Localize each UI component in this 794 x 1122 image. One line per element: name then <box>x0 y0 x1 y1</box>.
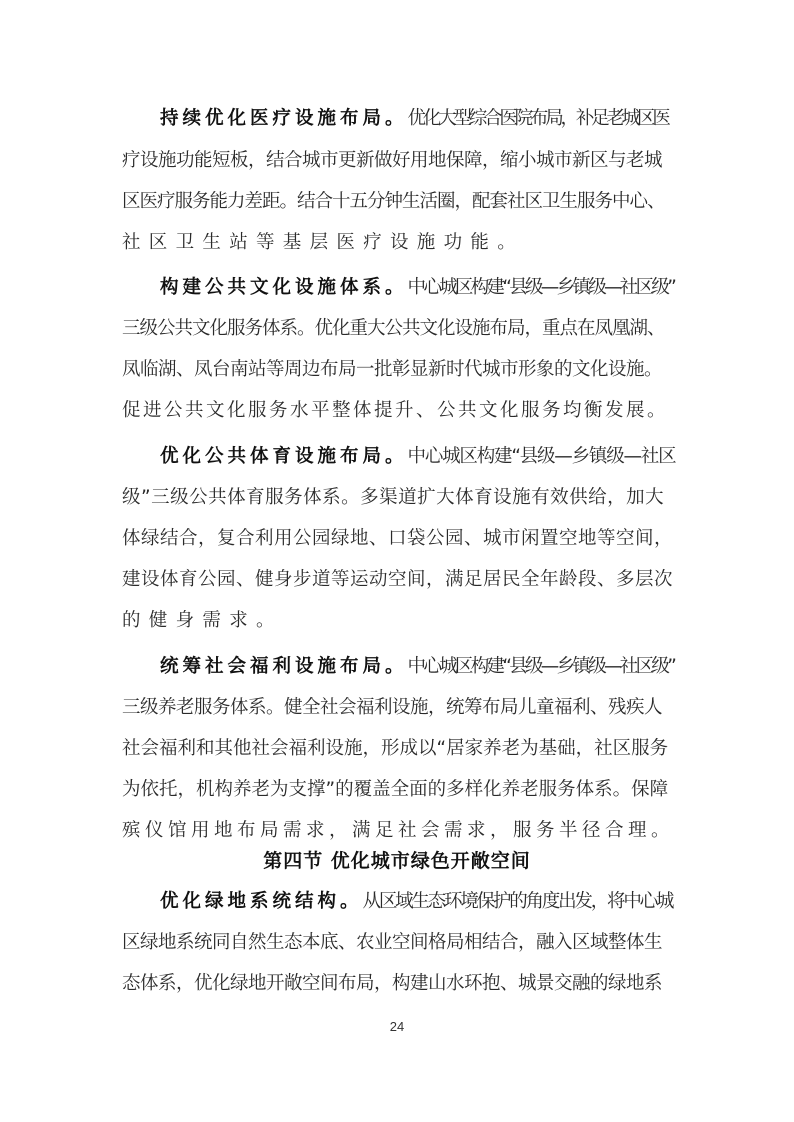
paragraph-title: 持续优化医疗设施布局。 <box>160 108 408 129</box>
paragraph-medical-line-3: 区医疗服务能力差距。结合十五分钟生活圈，配套社区卫生服务中心、 <box>122 187 674 217</box>
paragraph-medical-line-1: 持续优化医疗设施布局。优化大型综合医院布局，补足老城区医 <box>160 104 674 134</box>
section-heading: 第四节 优化城市绿色开敞空间 <box>0 846 794 876</box>
page-number: 24 <box>0 1019 794 1034</box>
paragraph-welfare-line-3: 社会福利和其他社会福利设施，形成以“居家养老为基础，社区服务 <box>122 734 674 764</box>
paragraph-title: 优化公共体育设施布局。 <box>160 446 408 467</box>
paragraph-welfare-line-2: 三级养老服务体系。健全社会福利设施，统筹布局儿童福利、残疾人 <box>122 693 674 723</box>
paragraph-medical-line-4: 社区卫生站等基层医疗设施功能。 <box>122 228 674 258</box>
paragraph-sports-line-1: 优化公共体育设施布局。中心城区构建“县级—乡镇级—社区 <box>160 442 674 472</box>
paragraph-sports-line-2: 级”三级公共体育服务体系。多渠道扩大体育设施有效供给，加大 <box>122 483 674 513</box>
paragraph-culture-line-3: 凤临湖、凤台南站等周边布局一批彰显新时代城市形象的文化设施。 <box>122 355 674 385</box>
paragraph-welfare-line-5: 殡仪馆用地布局需求，满足社会需求，服务半径合理。 <box>122 816 674 846</box>
document-page: 持续优化医疗设施布局。优化大型综合医院布局，补足老城区医 疗设施功能短板，结合城… <box>0 0 794 1122</box>
paragraph-greenspace-line-2: 区绿地系统同自然生态本底、农业空间格局相结合，融入区域整体生 <box>122 928 674 958</box>
paragraph-culture-line-2: 三级公共文化服务体系。优化重大公共文化设施布局，重点在凤凰湖、 <box>122 314 674 344</box>
paragraph-sports-line-3: 体绿结合，复合利用公园绿地、口袋公园、城市闲置空地等空间， <box>122 524 674 554</box>
paragraph-welfare-line-1: 统筹社会福利设施布局。中心城区构建“县级—乡镇级—社区级” <box>160 652 674 682</box>
paragraph-culture-line-4: 促进公共文化服务水平整体提升、公共文化服务均衡发展。 <box>122 396 674 426</box>
paragraph-title: 优化绿地系统结构。 <box>160 891 363 912</box>
paragraph-sports-line-4: 建设体育公园、健身步道等运动空间，满足居民全年龄段、多层次 <box>122 565 674 595</box>
paragraph-title: 统筹社会福利设施布局。 <box>160 656 408 677</box>
paragraph-sports-line-5: 的健身需求。 <box>122 606 674 636</box>
paragraph-welfare-line-4: 为依托，机构养老为支撑”的覆盖全面的多样化养老服务体系。保障 <box>122 775 674 805</box>
paragraph-title: 构建公共文化设施体系。 <box>160 277 408 298</box>
paragraph-greenspace-line-1: 优化绿地系统结构。从区域生态环境保护的角度出发，将中心城 <box>160 887 674 917</box>
paragraph-medical-line-2: 疗设施功能短板，结合城市更新做好用地保障，缩小城市新区与老城 <box>122 146 674 176</box>
paragraph-culture-line-1: 构建公共文化设施体系。中心城区构建“县级—乡镇级—社区级” <box>160 273 674 303</box>
paragraph-greenspace-line-3: 态体系，优化绿地开敞空间布局，构建山水环抱、城景交融的绿地系 <box>122 969 674 999</box>
